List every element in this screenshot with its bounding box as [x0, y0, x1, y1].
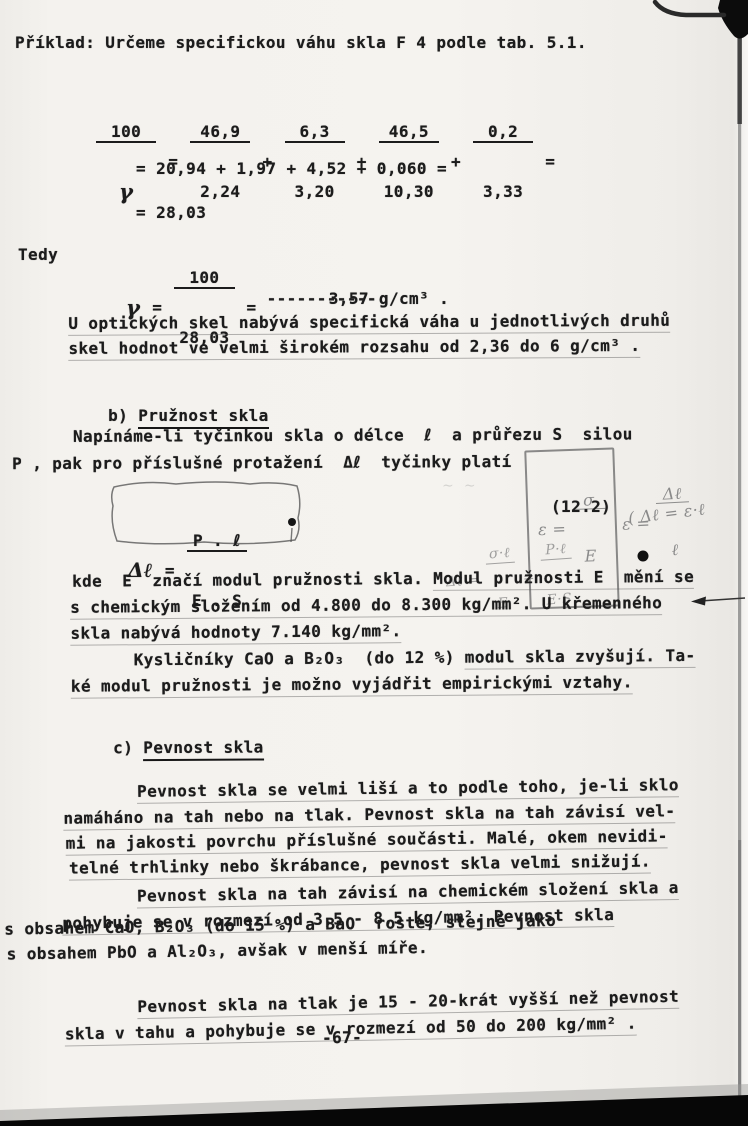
scanned-page: Příklad: Určeme specifickou váhu skla F …: [0, 0, 748, 1126]
text-line: Napínáme-li tyčinkou skla o délce ℓ a pr…: [73, 424, 633, 446]
fraction-term-4: 0,2 3,33: [473, 84, 533, 239]
plus-sign: +: [451, 152, 461, 171]
equals-sign: =: [545, 152, 555, 171]
arrow-mark: [691, 597, 745, 606]
page-edge-shadow: [0, 1084, 748, 1123]
corner-blob: [718, 0, 748, 39]
scanner-black-edge: [0, 1095, 748, 1126]
text-line: ké modul pružnosti je možno vyjádřit emp…: [10, 652, 632, 697]
equation-line-3: = 28,03: [136, 203, 206, 223]
equation-line-2: = 20,94 + 1,97 + 4,52 + 0,060 =: [136, 159, 447, 179]
margin-line: [738, 34, 741, 1104]
text-line: s obsahem PbO a Al₂O₃, avšak v menší míř…: [7, 938, 429, 965]
faint-pencil-scribble: ∼ ∼: [442, 478, 476, 494]
page-number: -67-: [322, 1028, 362, 1049]
section-c-title: Pevnost skla: [143, 738, 264, 762]
corner-curve: [655, 2, 724, 15]
example-title: Příklad: Určeme specifickou váhu skla F …: [15, 33, 587, 53]
text-line: P , pak pro příslušné protažení Δℓ tyčin…: [12, 452, 512, 474]
gamma-symbol: γ: [96, 181, 156, 201]
text-line: skel hodnot ve velmi širokém rozsahu od …: [8, 316, 640, 359]
tedy-label: Tedy: [18, 245, 58, 265]
